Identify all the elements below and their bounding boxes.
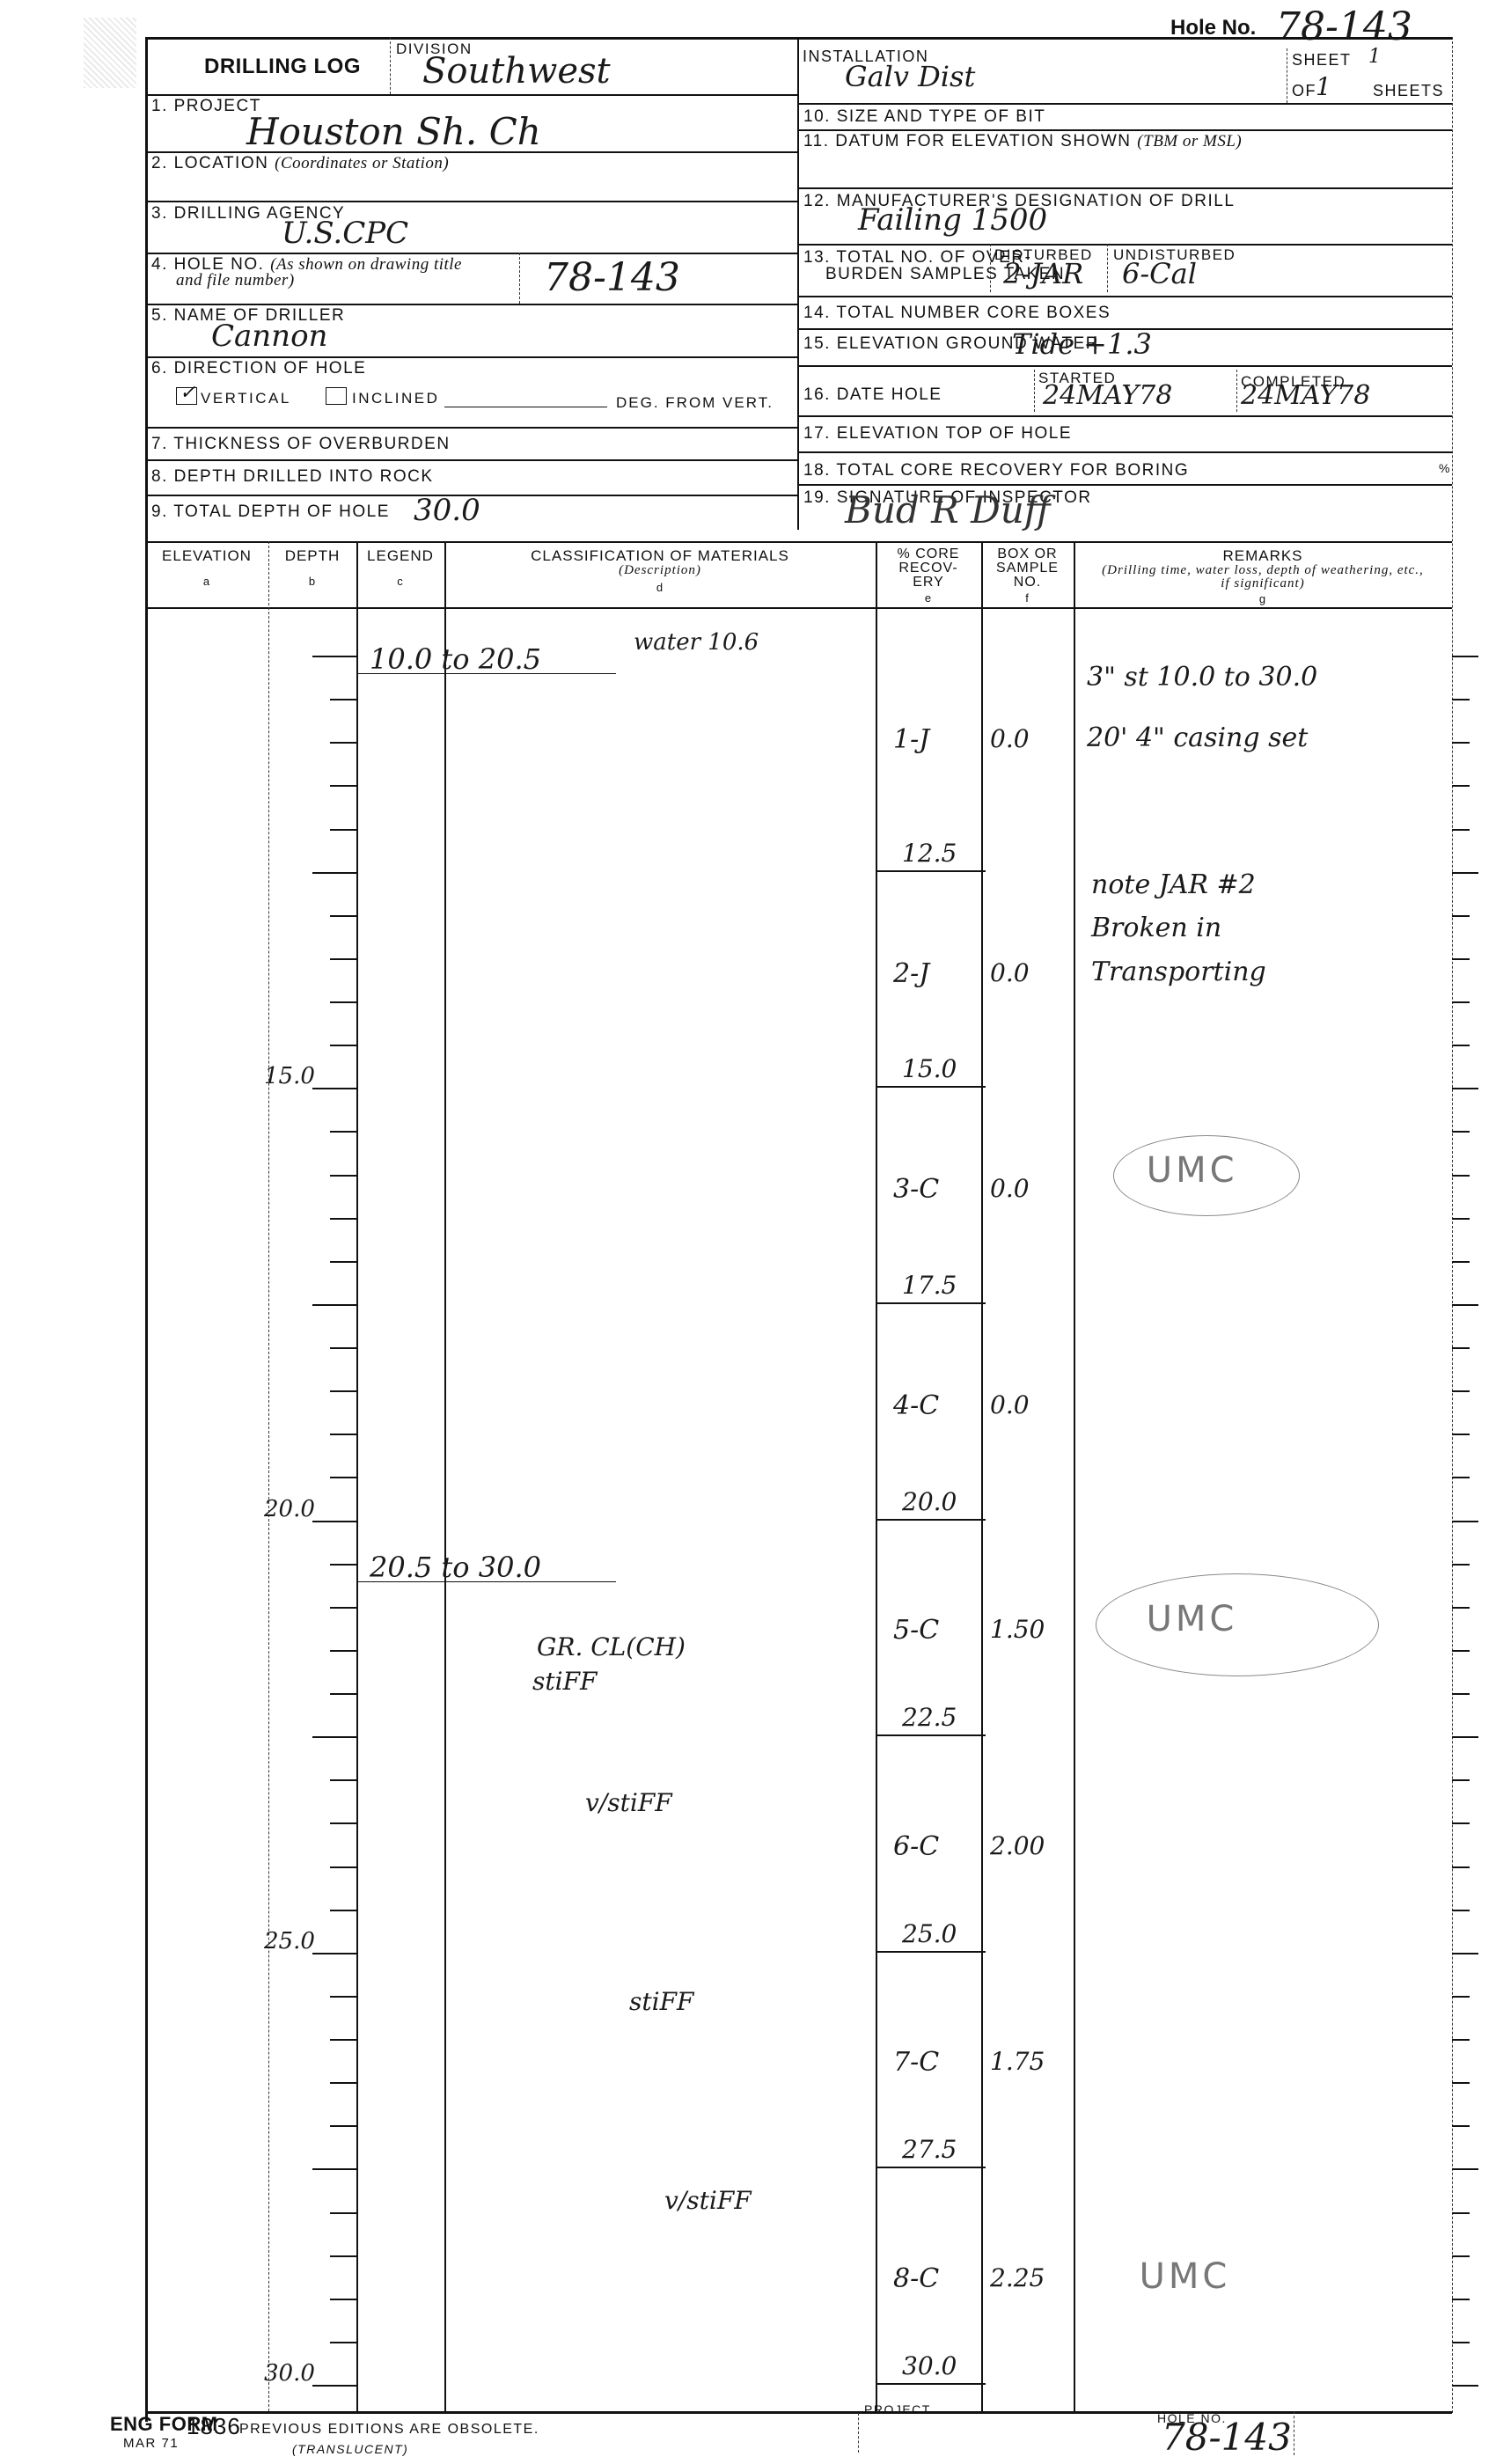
column-header: % CORE RECOV- ERYe xyxy=(876,547,981,606)
scale-tick xyxy=(1452,1390,1470,1392)
stratum-range[interactable]: 20.5 to 30.0 xyxy=(370,1551,541,1584)
material-description[interactable]: v/stiFF xyxy=(585,1788,672,1817)
scale-tick xyxy=(1452,1607,1470,1609)
remark[interactable]: note JAR #2 xyxy=(1091,869,1256,900)
box-value[interactable]: 2.00 xyxy=(990,1831,1045,1860)
depth-tick xyxy=(330,1822,356,1824)
agency-value[interactable]: U.S.CPC xyxy=(282,216,408,251)
scale-tick xyxy=(1452,958,1470,960)
hole-no-value[interactable]: 78-143 xyxy=(1276,4,1412,49)
total-depth-label: 9. TOTAL DEPTH OF HOLE xyxy=(151,502,390,522)
depth-tick xyxy=(330,2255,356,2257)
scale-tick xyxy=(1452,2342,1470,2343)
scale-tick xyxy=(1452,1304,1478,1306)
row-line xyxy=(145,201,798,202)
driller-value[interactable]: Cannon xyxy=(211,319,327,354)
scale-tick xyxy=(1452,1650,1470,1652)
row-line xyxy=(797,451,1452,453)
scale-tick xyxy=(1452,1347,1470,1349)
depth-tick xyxy=(330,2039,356,2041)
division-value[interactable]: Southwest xyxy=(422,51,611,92)
sample-bottom-depth[interactable]: 12.5 xyxy=(902,839,957,868)
inclined-checkbox[interactable] xyxy=(326,387,347,405)
scale-tick xyxy=(1452,1996,1470,1998)
sample-boundary xyxy=(876,1951,986,1953)
scale-tick xyxy=(1452,2168,1478,2170)
depth-tick xyxy=(330,915,356,917)
scale-tick xyxy=(1452,1434,1470,1435)
depth-tick xyxy=(312,1088,356,1089)
col-header-top xyxy=(145,541,1452,543)
col-header-bottom xyxy=(145,607,1452,609)
column-header: BOX OR SAMPLE NO.f xyxy=(981,547,1074,606)
material-description[interactable]: GR. CL(CH) xyxy=(537,1632,686,1661)
depth-tick xyxy=(330,1910,356,1911)
direction-label: 6. DIRECTION OF HOLE xyxy=(151,359,366,378)
scale-tick xyxy=(1452,2212,1470,2214)
hole-value[interactable]: 78-143 xyxy=(544,255,680,300)
hole-hint: and file number) xyxy=(176,271,295,290)
ground-water-value[interactable]: Tide +1.3 xyxy=(1012,327,1152,361)
remark[interactable]: 20' 4" casing set xyxy=(1087,722,1308,753)
depth-tick xyxy=(330,1390,356,1392)
obsolete-note: PREVIOUS EDITIONS ARE OBSOLETE. xyxy=(239,2422,539,2438)
depth-tick xyxy=(330,1175,356,1177)
scale-tick xyxy=(1452,2039,1470,2041)
sample-boundary xyxy=(876,1086,986,1088)
sample-boundary xyxy=(876,2383,986,2385)
depth-tick xyxy=(312,656,356,657)
manufacturer-value[interactable]: Failing 1500 xyxy=(858,202,1047,238)
divider xyxy=(858,2413,859,2453)
initials-text: UMC xyxy=(1140,2256,1231,2297)
initials-text: UMC xyxy=(1147,1599,1238,1639)
row-line xyxy=(145,253,798,254)
project-value[interactable]: Houston Sh. Ch xyxy=(246,110,541,153)
of-value[interactable]: 1 xyxy=(1316,72,1331,101)
divider xyxy=(519,253,520,304)
divider xyxy=(1107,244,1108,292)
sample-bottom-depth[interactable]: 25.0 xyxy=(902,1919,957,1948)
remark[interactable]: Transporting xyxy=(1091,957,1266,987)
box-value[interactable]: 0.0 xyxy=(990,958,1030,987)
sample-no[interactable]: 6-C xyxy=(893,1831,939,1862)
col-divider xyxy=(356,541,358,2411)
frame-right xyxy=(1452,37,1453,2413)
stratum-range[interactable]: 10.0 to 20.5 xyxy=(370,642,541,676)
depth-tick xyxy=(330,1564,356,1566)
depth-tick xyxy=(330,2212,356,2214)
depth-tick xyxy=(312,872,356,874)
scale-tick xyxy=(1452,1910,1470,1911)
vertical-checkbox[interactable]: ✓ xyxy=(176,387,197,405)
depth-tick xyxy=(330,1218,356,1220)
sample-boundary xyxy=(876,2167,986,2168)
column-header: REMARKS(Drilling time, water loss, depth… xyxy=(1074,547,1452,607)
mid-divider xyxy=(797,37,799,530)
sample-no[interactable]: 7-C xyxy=(893,2047,939,2078)
scale-tick xyxy=(1452,1261,1470,1263)
depth-tick xyxy=(330,1693,356,1695)
scale-tick xyxy=(1452,1045,1470,1046)
depth-tick xyxy=(330,1261,356,1263)
depth-tick xyxy=(312,1521,356,1522)
row-line xyxy=(797,244,1452,246)
of-label: OF xyxy=(1292,82,1316,100)
depth-tick xyxy=(330,1477,356,1478)
date-label: 16. DATE HOLE xyxy=(803,385,942,405)
form-date: MAR 71 xyxy=(123,2436,179,2451)
row-line xyxy=(145,356,798,358)
scale-tick xyxy=(1452,785,1470,787)
sample-bottom-depth[interactable]: 22.5 xyxy=(902,1703,957,1732)
overburden-label: 7. THICKNESS OF OVERBURDEN xyxy=(151,435,451,454)
depth-tick xyxy=(330,1607,356,1609)
undisturbed-value[interactable]: 6-Cal xyxy=(1122,257,1197,290)
row-line xyxy=(145,459,798,461)
col-divider xyxy=(981,541,983,2411)
material-description[interactable]: stiFF xyxy=(532,1667,597,1696)
footer-project-label: PROJECT xyxy=(864,2402,931,2416)
completed-value[interactable]: 24MAY78 xyxy=(1241,380,1370,411)
sample-no[interactable]: 8-C xyxy=(893,2263,939,2294)
depth-tick xyxy=(330,2299,356,2300)
depth-tick xyxy=(330,1434,356,1435)
sample-bottom-depth[interactable]: 30.0 xyxy=(902,2351,957,2380)
scale-tick xyxy=(1452,1175,1470,1177)
inclined-label: INCLINED xyxy=(352,390,439,407)
column-header: DEPTHb xyxy=(268,547,356,590)
col-divider xyxy=(876,541,877,2411)
project-label: 1. PROJECT xyxy=(151,97,261,116)
remark[interactable]: 3" st 10.0 to 30.0 xyxy=(1087,662,1317,693)
vertical-label: VERTICAL xyxy=(201,390,291,407)
depth-tick xyxy=(330,1131,356,1133)
core-recovery-label: 18. TOTAL CORE RECOVERY FOR BORING xyxy=(803,461,1189,480)
depth-tick xyxy=(312,2168,356,2170)
sample-boundary xyxy=(876,1519,986,1521)
scale-tick xyxy=(1452,872,1478,874)
depth-tick xyxy=(312,2385,356,2387)
row-line xyxy=(145,151,798,153)
scale-tick xyxy=(1452,2385,1478,2387)
frame-left xyxy=(145,37,148,2422)
inspector-signature[interactable]: Bud R Duff xyxy=(845,488,1051,532)
scale-tick xyxy=(1452,829,1470,831)
row-line xyxy=(797,296,1452,297)
frame-bottom xyxy=(145,2411,1452,2414)
datum-label: 11. DATUM FOR ELEVATION SHOWN (TBM or MS… xyxy=(803,132,1242,151)
core-recovery-unit: % xyxy=(1439,461,1451,475)
depth-tick xyxy=(312,1736,356,1738)
column-header: LEGENDc xyxy=(356,547,444,590)
disturbed-value[interactable]: 2-JAR xyxy=(1003,257,1083,290)
sample-no[interactable]: 3-C xyxy=(893,1174,939,1205)
sample-bottom-depth[interactable]: 15.0 xyxy=(902,1054,957,1083)
col-divider xyxy=(1074,541,1075,2411)
scale-tick xyxy=(1452,742,1470,744)
depth-label: 15.0 xyxy=(264,1063,315,1089)
scale-tick xyxy=(1452,1866,1470,1868)
sample-boundary xyxy=(876,870,986,872)
scale-tick xyxy=(1452,2255,1470,2257)
row-line xyxy=(797,187,1452,189)
col-divider xyxy=(444,541,446,2411)
total-depth-value[interactable]: 30.0 xyxy=(414,493,480,528)
depth-label: 25.0 xyxy=(264,1928,315,1954)
scale-tick xyxy=(1452,1736,1478,1738)
sheet-value[interactable]: 1 xyxy=(1368,46,1381,68)
scale-tick xyxy=(1452,915,1470,917)
sample-bottom-depth[interactable]: 17.5 xyxy=(902,1271,957,1300)
form-title: DRILLING LOG xyxy=(204,55,361,79)
material-description[interactable]: stiFF xyxy=(629,1987,693,2016)
scale-tick xyxy=(1452,1521,1478,1522)
scale-tick xyxy=(1452,1477,1470,1478)
box-value[interactable]: 2.25 xyxy=(990,2263,1045,2292)
installation-value[interactable]: Galv Dist xyxy=(845,60,975,93)
divider xyxy=(1294,2411,1294,2455)
divider xyxy=(1287,48,1287,103)
sample-no[interactable]: 2-J xyxy=(893,958,929,989)
box-value[interactable]: 1.50 xyxy=(990,1615,1045,1644)
scale-tick xyxy=(1452,1218,1470,1220)
depth-tick xyxy=(330,1996,356,1998)
depth-tick xyxy=(312,1304,356,1306)
sample-boundary xyxy=(876,1302,986,1304)
row-line xyxy=(145,304,798,305)
sample-bottom-depth[interactable]: 20.0 xyxy=(902,1487,957,1516)
deg-label: DEG. FROM VERT. xyxy=(616,394,774,412)
footer-hole-value[interactable]: 78-143 xyxy=(1162,2416,1292,2459)
scale-tick xyxy=(1452,1001,1470,1003)
depth-tick xyxy=(330,1347,356,1349)
form-no: 1836 xyxy=(187,2413,241,2440)
row-line xyxy=(797,365,1452,367)
divider xyxy=(1236,370,1237,412)
location-label: 2. LOCATION (Coordinates or Station) xyxy=(151,154,449,173)
remark[interactable]: Broken in xyxy=(1091,913,1221,943)
scale-tick xyxy=(1452,1564,1470,1566)
scale-tick xyxy=(1452,1779,1470,1781)
sheet-label: SHEET xyxy=(1292,51,1352,70)
box-value[interactable]: 0.0 xyxy=(990,1390,1030,1419)
scale-tick xyxy=(1452,699,1470,700)
depth-tick xyxy=(330,2125,356,2127)
depth-tick xyxy=(330,1650,356,1652)
scale-tick xyxy=(1452,2299,1470,2300)
depth-tick xyxy=(330,958,356,960)
depth-tick xyxy=(330,2342,356,2343)
depth-tick xyxy=(330,2082,356,2084)
divider xyxy=(1034,370,1035,412)
depth-label: 30.0 xyxy=(264,2360,315,2387)
row-line xyxy=(797,415,1452,417)
box-value[interactable]: 0.0 xyxy=(990,1174,1030,1203)
depth-tick xyxy=(330,1866,356,1868)
scan-artifact xyxy=(84,18,136,88)
deg-input-line[interactable] xyxy=(444,407,607,407)
depth-tick xyxy=(330,1001,356,1003)
sample-bottom-depth[interactable]: 27.5 xyxy=(902,2135,957,2164)
sample-no[interactable]: 1-J xyxy=(893,724,929,755)
box-value[interactable]: 0.0 xyxy=(990,724,1030,753)
depth-label: 20.0 xyxy=(264,1496,315,1522)
depth-tick xyxy=(330,1779,356,1781)
sample-boundary xyxy=(876,1734,986,1736)
row-line xyxy=(797,103,1452,105)
sheets-label: SHEETS xyxy=(1373,82,1444,100)
depth-tick xyxy=(330,742,356,744)
depth-tick xyxy=(330,829,356,831)
sample-no[interactable]: 5-C xyxy=(893,1615,939,1646)
depth-tick xyxy=(312,1953,356,1954)
material-description[interactable]: v/stiFF xyxy=(664,2186,752,2215)
core-boxes-label: 14. TOTAL NUMBER CORE BOXES xyxy=(803,304,1111,323)
scale-tick xyxy=(1452,1822,1470,1824)
column-header: CLASSIFICATION OF MATERIALS(Description)… xyxy=(444,547,876,596)
translucent-note: (TRANSLUCENT) xyxy=(292,2442,408,2456)
depth-tick xyxy=(330,785,356,787)
initials-text: UMC xyxy=(1147,1150,1238,1191)
scale-tick xyxy=(1452,656,1478,657)
row-line xyxy=(797,484,1452,486)
divider xyxy=(990,244,991,292)
row-line xyxy=(797,129,1452,131)
depth-tick xyxy=(330,699,356,700)
divider xyxy=(390,37,391,94)
scale-tick xyxy=(1452,2082,1470,2084)
scale-tick xyxy=(1452,1953,1478,1954)
row-line xyxy=(145,427,798,429)
scale-tick xyxy=(1452,1693,1470,1695)
scale-tick xyxy=(1452,1131,1470,1133)
scale-tick xyxy=(1452,2125,1470,2127)
col-divider xyxy=(268,541,269,2411)
rock-label: 8. DEPTH DRILLED INTO ROCK xyxy=(151,467,434,487)
bit-label: 10. SIZE AND TYPE OF BIT xyxy=(803,107,1045,127)
row-line xyxy=(145,94,798,96)
top-elev-label: 17. ELEVATION TOP OF HOLE xyxy=(803,424,1072,444)
box-value[interactable]: 1.75 xyxy=(990,2047,1045,2076)
stratum-note[interactable]: water 10.6 xyxy=(634,629,759,656)
depth-tick xyxy=(330,1045,356,1046)
started-value[interactable]: 24MAY78 xyxy=(1043,380,1172,411)
sample-no[interactable]: 4-C xyxy=(893,1390,939,1421)
column-header: ELEVATIONa xyxy=(145,547,268,590)
scale-tick xyxy=(1452,1088,1478,1089)
